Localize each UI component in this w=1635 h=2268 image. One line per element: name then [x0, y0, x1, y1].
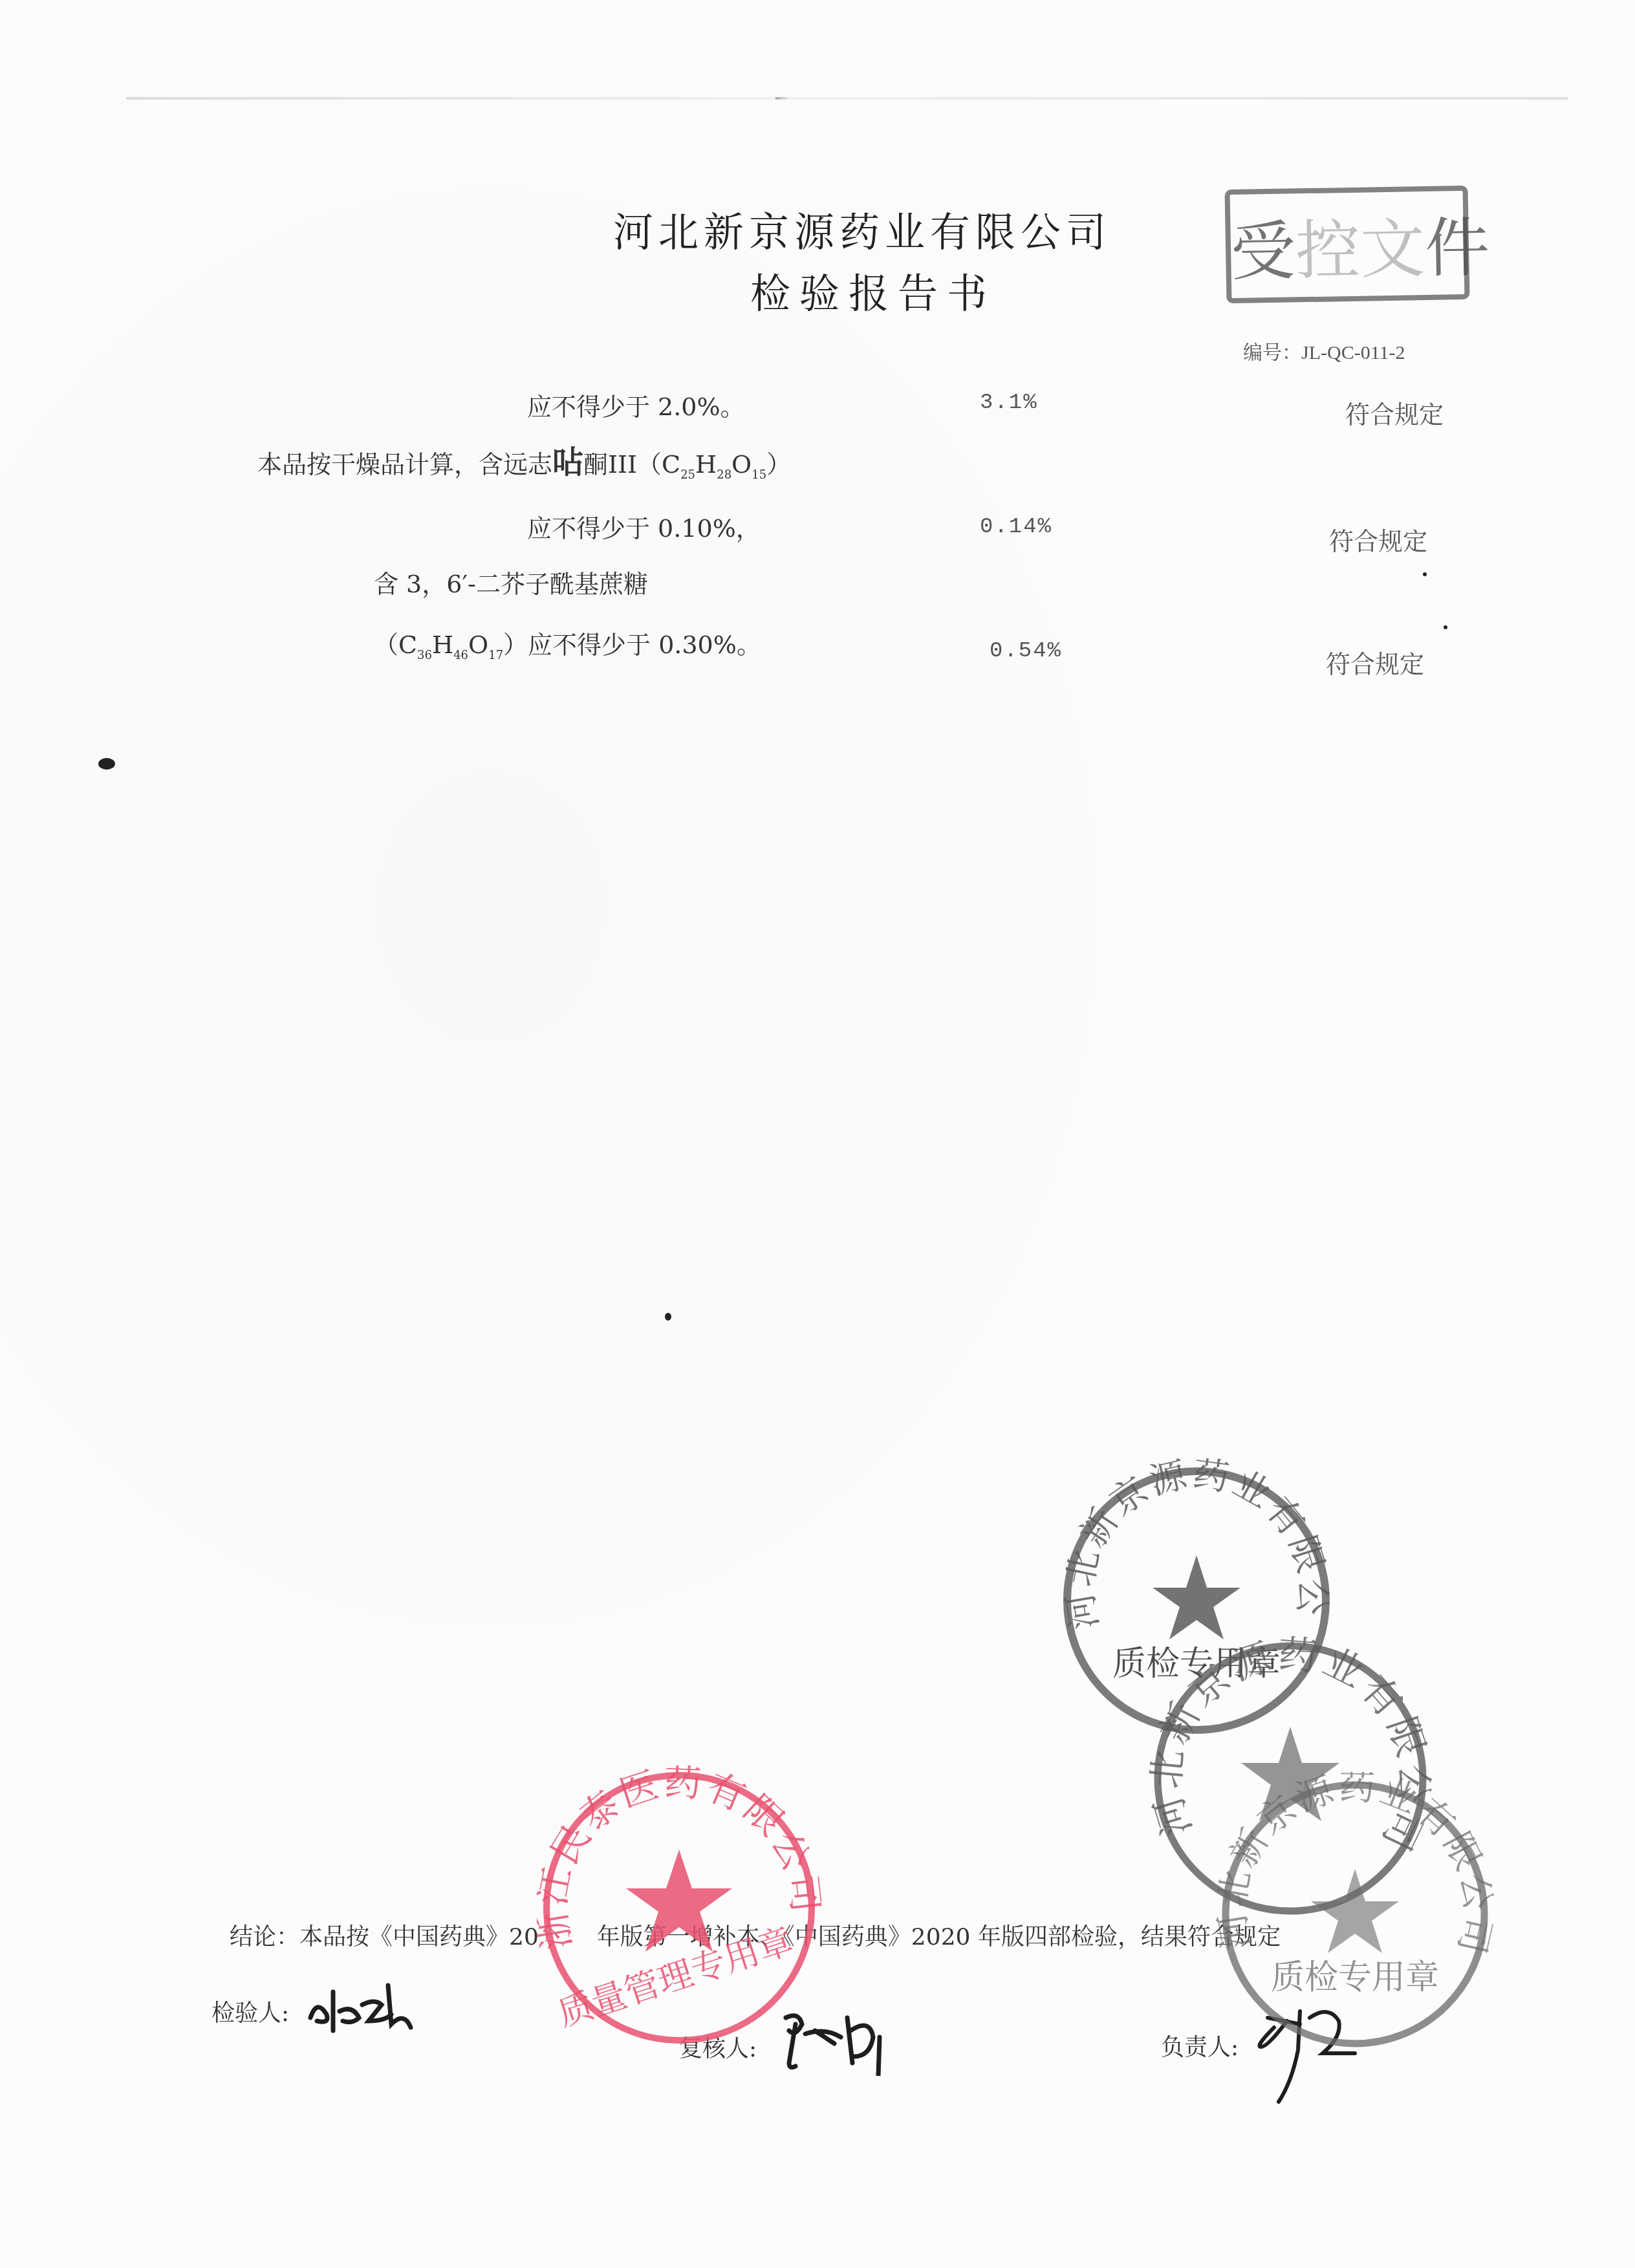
test-3-spec-line1: 含 3，6′-二芥子酰基蔗糖: [374, 564, 648, 599]
test-2-verdict: 符合规定: [1329, 521, 1427, 557]
test-3-spec-line2: （C36H46O17）应不得少于 0.30%。: [374, 625, 761, 662]
page-top-edge: [126, 97, 1568, 100]
test-3-verdict: 符合规定: [1326, 644, 1424, 680]
test-1-verdict: 符合规定: [1345, 394, 1444, 430]
svg-text:质量管理专用章: 质量管理专用章: [553, 1920, 798, 2035]
controlled-document-stamp: 受 控 文 件: [1224, 186, 1469, 304]
inspector-signature: [304, 1979, 420, 2037]
stamp-char: 受: [1230, 199, 1296, 293]
stamp-char: 控: [1295, 198, 1361, 292]
stamp-char: 文: [1359, 197, 1425, 291]
test-3-result: 0.54%: [990, 639, 1062, 664]
svg-text:质检专用章: 质检专用章: [1271, 1958, 1439, 1997]
red-quality-seal: 浙江民泰医药有限公司 质量管理专用章: [537, 1766, 821, 2050]
test-1-result: 3.1%: [980, 391, 1038, 415]
report-page: 河北新京源药业有限公司 检验报告书 受 控 文 件 编号：JL-QC-011-2…: [0, 0, 1635, 2268]
doc-number-value: JL-QC-011-2: [1301, 342, 1405, 363]
doc-number-label: 编号：: [1243, 342, 1301, 363]
test-2-result: 0.14%: [980, 515, 1052, 539]
conclusion-label: 结论：: [230, 1924, 299, 1950]
report-title: 检验报告书: [750, 262, 996, 319]
test-2-spec-line2: 应不得少于 0.10%，: [527, 508, 761, 544]
scan-speck: [665, 1313, 671, 1321]
xanthone-char: 呫: [552, 444, 583, 481]
test-1-spec: 应不得少于 2.0%。: [527, 387, 745, 422]
scan-speck: [98, 758, 115, 770]
test-2-spec-line1: 本品按干燥品计算，含远志呫酮III（C25H28O15）: [257, 437, 791, 482]
stamp-char: 件: [1424, 195, 1490, 290]
qc-seal-second: 河北新京源药业有限公司 质检专用章: [1213, 1772, 1497, 2057]
scan-speck: [1444, 625, 1447, 629]
inspector-label: 检验人:: [211, 1995, 289, 2028]
document-number: 编号：JL-QC-011-2: [1243, 336, 1405, 365]
company-title: 河北新京源药业有限公司: [613, 200, 1111, 258]
scan-speck: [1423, 572, 1427, 576]
